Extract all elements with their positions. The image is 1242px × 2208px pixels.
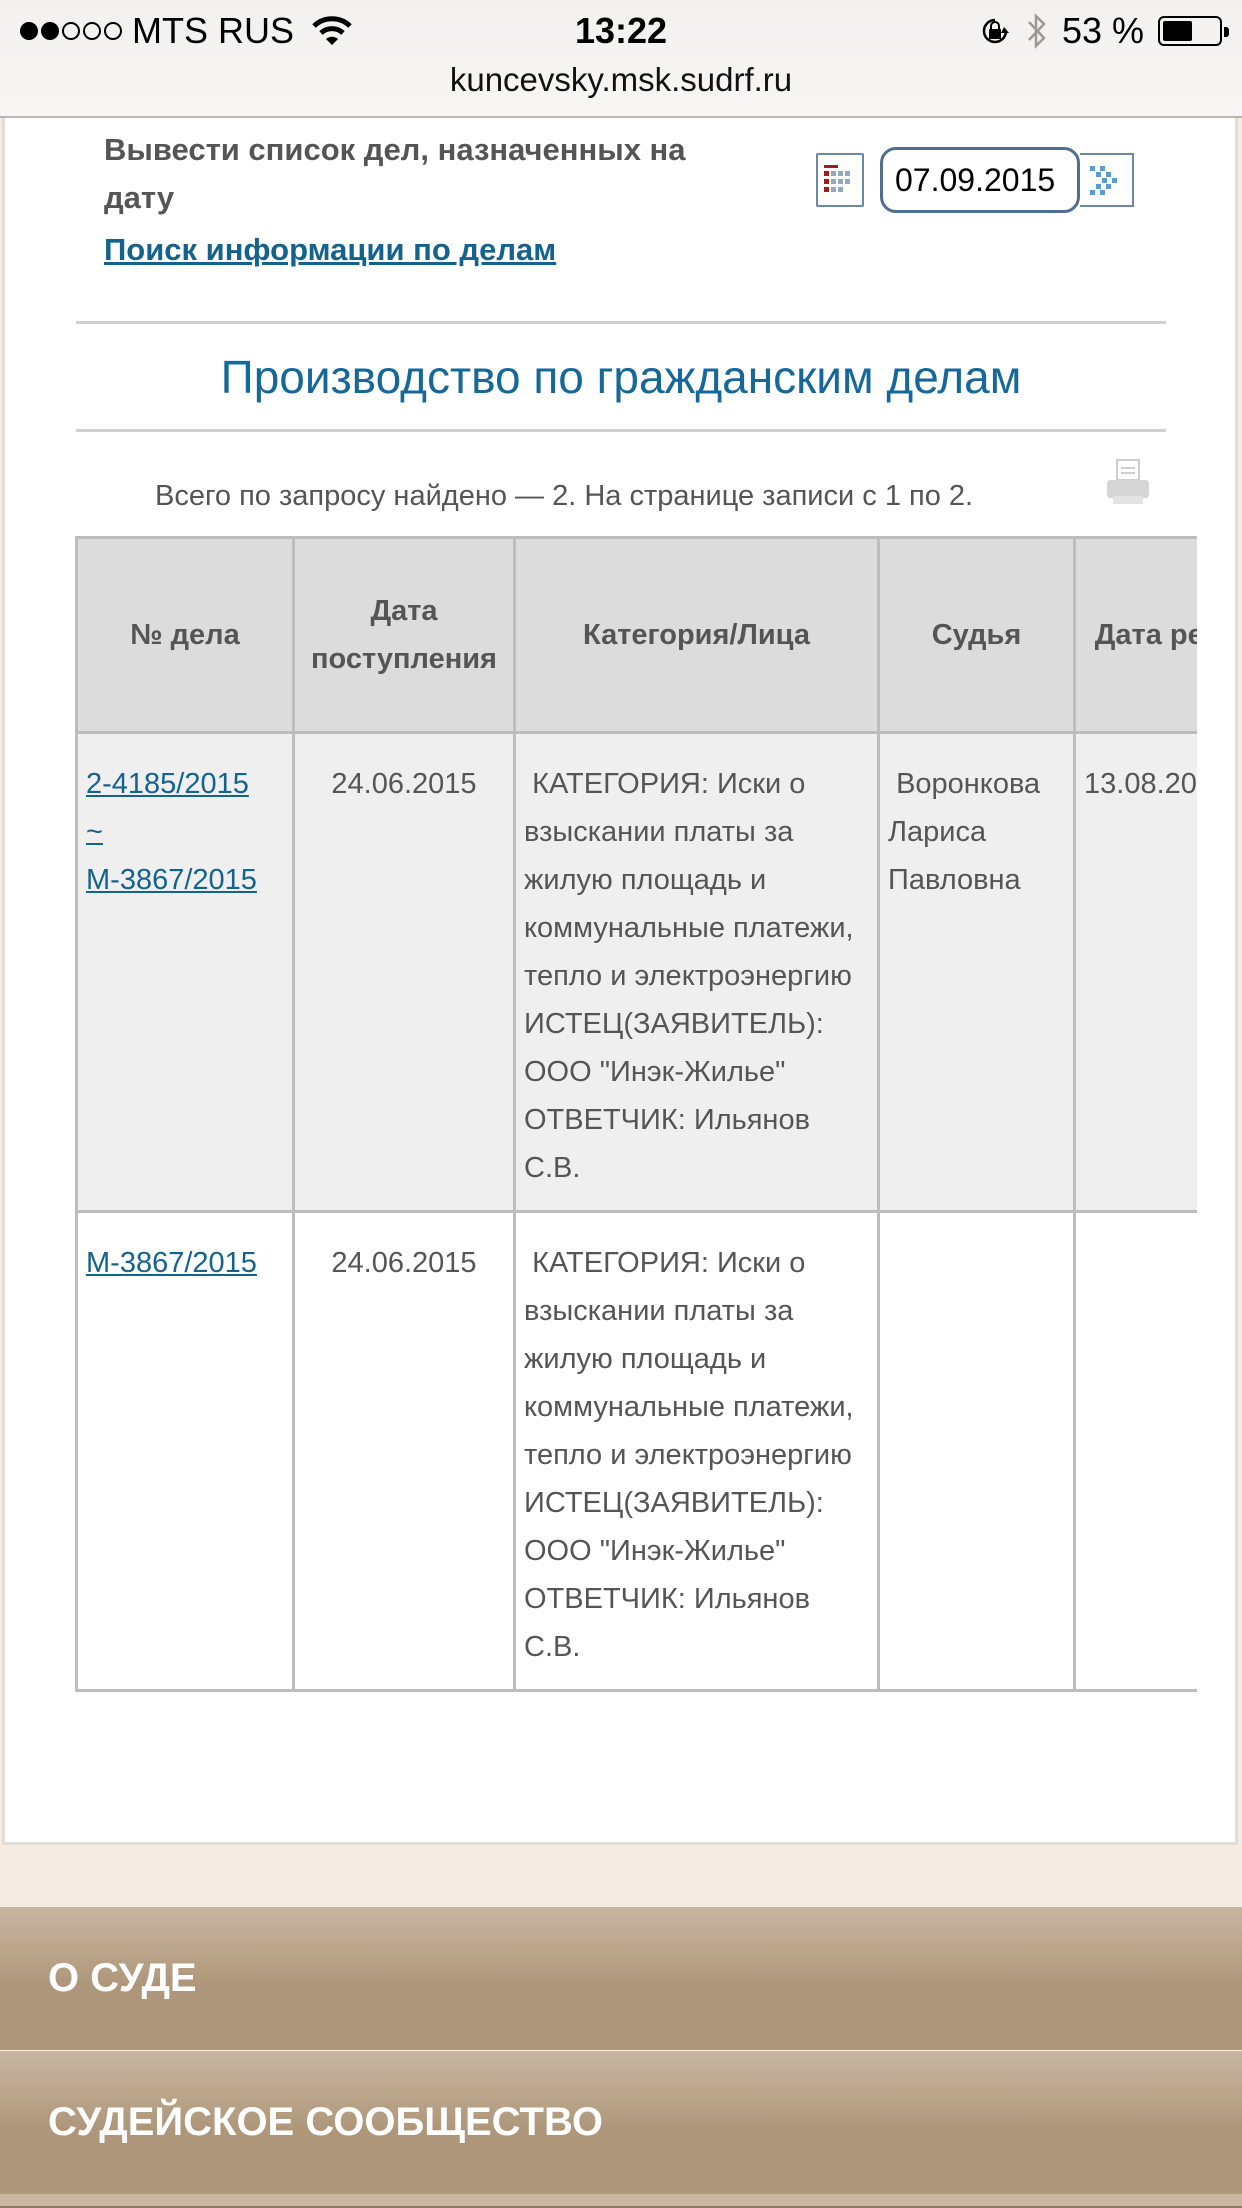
battery-icon [1158,16,1222,46]
case-number-link[interactable]: М-3867/2015 [86,856,284,904]
calendar-icon [818,155,862,205]
cell-category: КАТЕГОРИЯ: Иски о взыскании платы за жил… [515,1212,879,1691]
results-count-text: Всего по запросу найдено — 2. На страниц… [155,476,973,516]
case-number-link[interactable]: М-3867/2015 [86,1239,284,1287]
cell-case-number: 2-4185/2015 ~ М-3867/2015 [77,733,294,1212]
calendar-button[interactable] [816,153,864,207]
nav-label: СУДЕЙСКОЕ СООБЩЕСТВО [48,2051,603,2194]
cases-table-container[interactable]: № дела Дата поступления Категория/Лица С… [75,536,1197,1692]
cases-table: № дела Дата поступления Категория/Лица С… [75,536,1197,1692]
nav-item-judicial-community[interactable]: СУДЕЙСКОЕ СООБЩЕСТВО [0,2051,1242,2194]
cell-judge [879,1212,1075,1691]
header-decision-date[interactable]: Дата решения [1075,538,1198,733]
cell-received-date: 24.06.2015 [294,733,515,1212]
cell-decision-date [1075,1212,1198,1691]
url-bar[interactable]: kuncevsky.msk.sudrf.ru [0,58,1242,102]
rotation-lock-icon [978,14,1012,48]
assigned-cases-label: Вывести список дел, назначенных на дату [104,126,764,222]
nav-item-next[interactable] [0,2194,1242,2208]
nav-label: О СУДЕ [48,1907,197,2050]
double-chevron-right-icon [1080,155,1130,205]
section-title: Производство по гражданским делам [76,345,1166,409]
case-number-link[interactable]: 2-4185/2015 [86,760,284,808]
case-search-link[interactable]: Поиск информации по делам [104,226,556,274]
table-row: М-3867/2015 24.06.2015 КАТЕГОРИЯ: Иски о… [77,1212,1198,1691]
case-number-link[interactable]: ~ [86,808,284,856]
header-judge[interactable]: Судья [879,538,1075,733]
table-row: 2-4185/2015 ~ М-3867/2015 24.06.2015 КАТ… [77,733,1198,1212]
show-cases-button[interactable] [1080,153,1134,207]
cell-received-date: 24.06.2015 [294,1212,515,1691]
date-input[interactable] [880,147,1080,213]
header-received-date[interactable]: Дата поступления [294,538,515,733]
cell-category: КАТЕГОРИЯ: Иски о взыскании платы за жил… [515,733,879,1212]
cell-judge: Воронкова Лариса Павловна [879,733,1075,1212]
battery-percent: 53 % [1062,10,1144,52]
cell-decision-date: 13.08.2015 [1075,733,1198,1212]
status-right: 53 % [978,8,1222,54]
header-category[interactable]: Категория/Лица [515,538,879,733]
divider-bottom [76,429,1166,432]
status-and-url-bar: MTS RUS 13:22 53 % kuncevsky.msk.sudrf.r… [0,0,1242,118]
header-case-number[interactable]: № дела [77,538,294,733]
printer-icon[interactable] [1105,458,1151,508]
divider-top [76,321,1166,324]
cell-case-number: М-3867/2015 [77,1212,294,1691]
bluetooth-icon [1026,11,1048,51]
nav-item-about-court[interactable]: О СУДЕ [0,1907,1242,2050]
table-header-row: № дела Дата поступления Категория/Лица С… [77,538,1198,733]
